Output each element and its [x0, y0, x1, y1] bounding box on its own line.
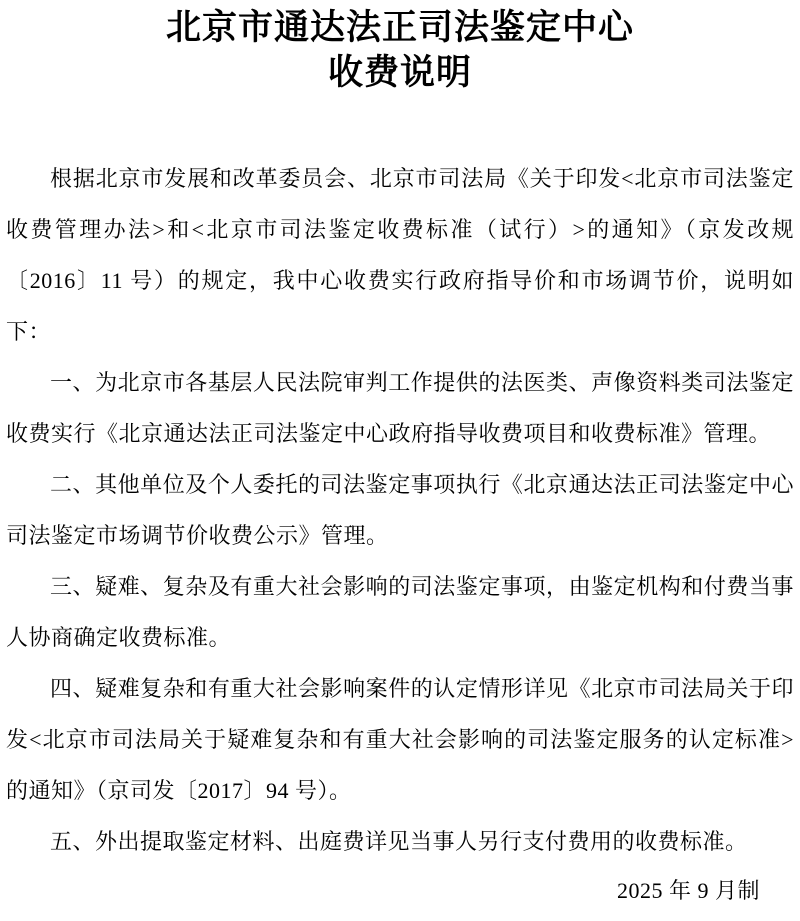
document-body: 根据北京市发展和改革委员会、北京市司法局《关于印发<北京市司法鉴定收费管理办法>…: [6, 153, 794, 867]
paragraph-clause-3: 三、疑难、复杂及有重大社会影响的司法鉴定事项，由鉴定机构和付费当事人协商确定收费…: [6, 561, 794, 663]
paragraph-clause-1: 一、为北京市各基层人民法院审判工作提供的法医类、声像资料类司法鉴定收费实行《北京…: [6, 357, 794, 459]
document-page: 北京市通达法正司法鉴定中心 收费说明 根据北京市发展和改革委员会、北京市司法局《…: [0, 0, 800, 921]
document-title: 北京市通达法正司法鉴定中心 收费说明: [0, 0, 800, 95]
title-line-1: 北京市通达法正司法鉴定中心: [0, 5, 800, 50]
paragraph-clause-5: 五、外出提取鉴定材料、出庭费详见当事人另行支付费用的收费标准。: [6, 816, 794, 867]
title-line-2: 收费说明: [0, 50, 800, 95]
paragraph-clause-2: 二、其他单位及个人委托的司法鉴定事项执行《北京通达法正司法鉴定中心司法鉴定市场调…: [6, 459, 794, 561]
paragraph-clause-4: 四、疑难复杂和有重大社会影响案件的认定情形详见《北京市司法局关于印发<北京市司法…: [6, 663, 794, 816]
paragraph-intro: 根据北京市发展和改革委员会、北京市司法局《关于印发<北京市司法鉴定收费管理办法>…: [6, 153, 794, 357]
date-note: 2025 年 9 月制: [617, 878, 760, 904]
